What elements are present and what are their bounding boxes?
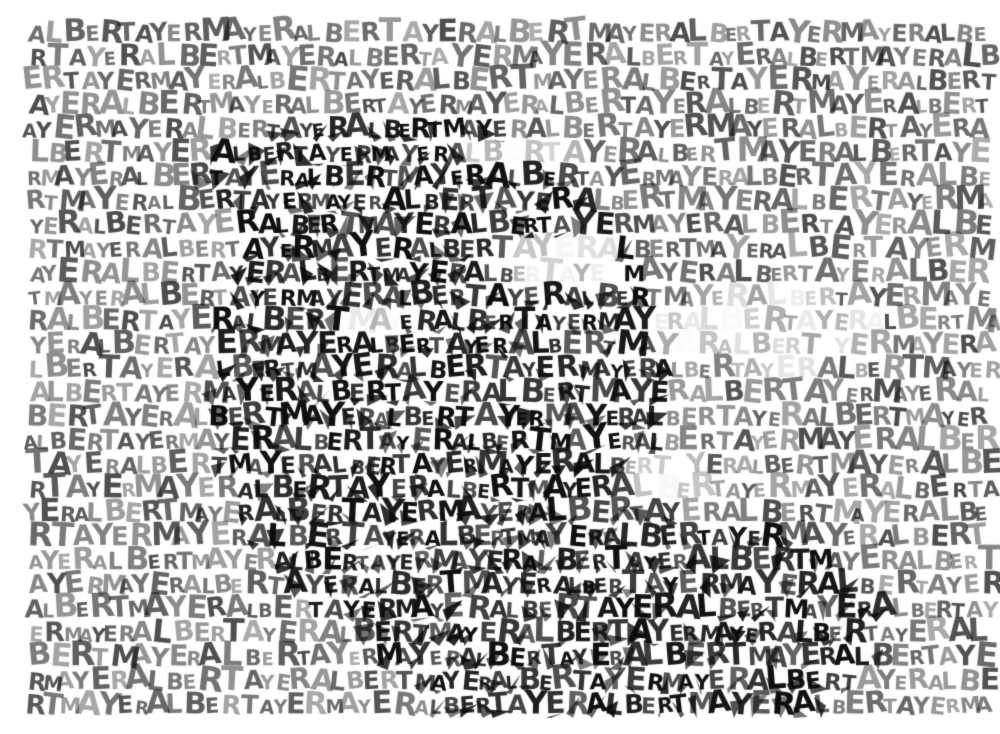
letter-portrait-artwork <box>0 0 1000 734</box>
